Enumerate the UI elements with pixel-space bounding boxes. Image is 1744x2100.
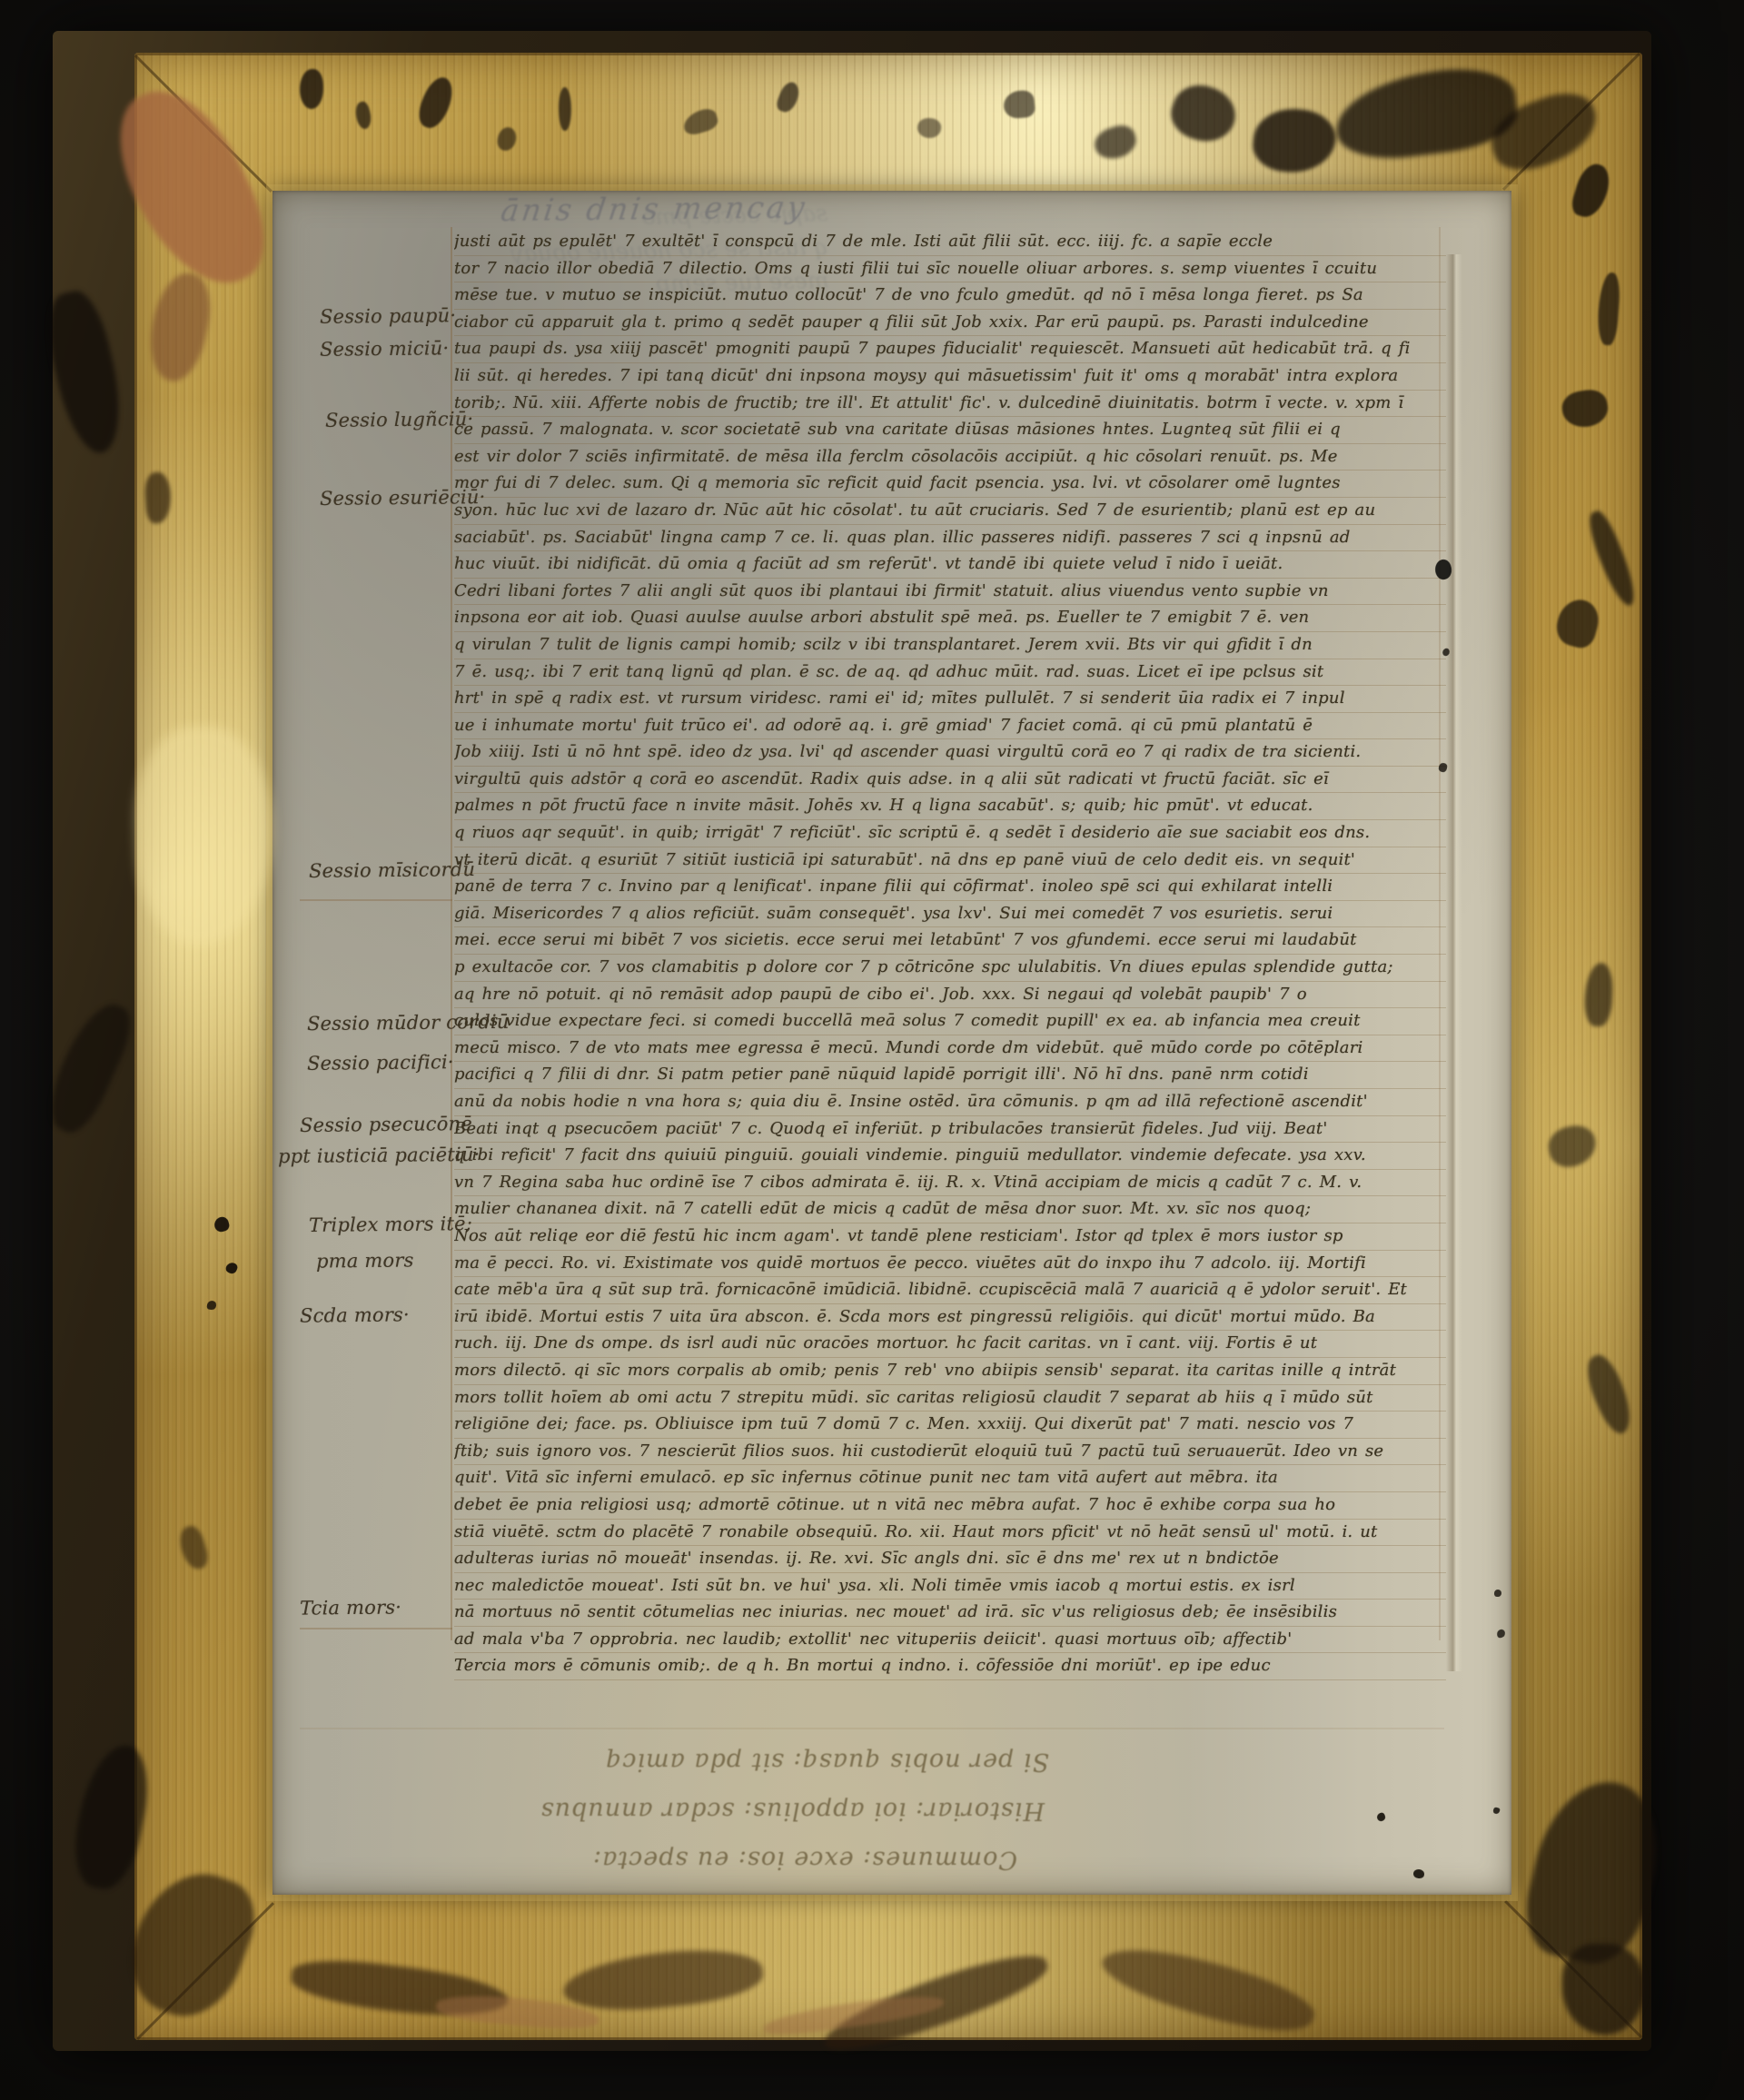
manuscript-text-line: q ibi reficit' 7 facit dns quiuiū pingui… — [454, 1143, 1446, 1170]
manuscript-text-line: mor fui di 7 delec. sum. Qi q memoria sī… — [454, 471, 1446, 498]
manuscript-text-line: quit'. Vitā sīc inferni emulacō. ep sīc … — [454, 1465, 1446, 1492]
manuscript-text-line: hrt' in spē q radix est. vt rursum virid… — [454, 686, 1446, 713]
manuscript-text-line: tua paupi ds. ysa xiiij pascēt' pmogniti… — [454, 336, 1446, 363]
manuscript-text-line: 7 ē. usq;. ibi 7 erit tanq lignū qd plan… — [454, 659, 1446, 687]
margin-note: Sessio miciū· — [320, 337, 450, 360]
margin-note: Tcia mors· — [300, 1596, 401, 1619]
manuscript-text-line: ue i inhumate mortu' fuit trūco ei'. ad … — [454, 713, 1446, 740]
ruling-line-left — [451, 227, 452, 1640]
manuscript-text-line: irū ibidē. Mortui estis 7 uita ūra absco… — [454, 1304, 1446, 1332]
inverted-inscription-line: Si per nobis quasq: sit pda amicq — [413, 1737, 1049, 1786]
parchment-fold — [1446, 254, 1462, 1671]
manuscript-text-line: Tercia mors ē cōmunis omib;. de q h. Bn … — [454, 1653, 1446, 1680]
ruling-line-bottom — [300, 1728, 1444, 1729]
manuscript-text-line: anū da nobis hodie n vna hora s; quia di… — [454, 1089, 1446, 1116]
margin-note: Sessio psecucōnē — [300, 1113, 472, 1136]
manuscript-text-line: vn 7 Regina saba huc ordinē īse 7 cibos … — [454, 1170, 1446, 1197]
manuscript-text-line: virgultū quis adstōr q corā eo ascendūt.… — [454, 767, 1446, 794]
wear-spot — [1562, 1944, 1644, 2035]
manuscript-text-line: lii sūt. qi heredes. 7 ipi tanq dicūt' d… — [454, 363, 1446, 391]
manuscript-text-line: q riuos aqr sequūt'. in quib; irrigāt' 7… — [454, 820, 1446, 847]
ruling-line-margin — [300, 1628, 452, 1629]
manuscript-text-line: ma ē pecci. Ro. vi. Existimate vos quidē… — [454, 1251, 1446, 1278]
manuscript-text-line: ciabor cū apparuit gla t. primo q sedēt … — [454, 310, 1446, 337]
margin-note: ppt iusticiā paciētiū· — [278, 1144, 481, 1167]
manuscript-text-line: religiōne dei; face. ps. Obliuisce ipm t… — [454, 1412, 1446, 1439]
manuscript-text-line: pacifici q 7 filii di dnr. Si patm petie… — [454, 1062, 1446, 1089]
manuscript-text-line: giā. Misericordes 7 q alios reficiūt. su… — [454, 901, 1446, 928]
manuscript-text-line: mēse tue. v mutuo se inspiciūt. mutuo co… — [454, 282, 1446, 310]
manuscript-text-line: aq hre nō potuit. qi nō remāsit adop pau… — [454, 982, 1446, 1009]
manuscript-text-line: palmes n pōt fructū face n invite māsit.… — [454, 793, 1446, 820]
photograph-of-framed-manuscript: ānis dnis mencay sapie eccte pmoq iusti … — [0, 0, 1744, 2100]
manuscript-text-line: mulier chananea dixit. nā 7 catelli edūt… — [454, 1196, 1446, 1223]
manuscript-text-line: stiā viuētē. sctm do placētē 7 ronabile … — [454, 1520, 1446, 1547]
manuscript-text-line: tor 7 nacio illor obediā 7 dilectio. Oms… — [454, 256, 1446, 283]
manuscript-text-line: nā mortuus nō sentit cōtumelias nec iniu… — [454, 1600, 1446, 1627]
manuscript-text-line: ad mala v'ba 7 opprobria. nec laudib; ex… — [454, 1627, 1446, 1654]
margin-note: Triplex mors itē; — [309, 1213, 472, 1236]
manuscript-text-line: huc viuūt. ibi nidificāt. dū omia q faci… — [454, 551, 1446, 579]
manuscript-text-line: ftib; suis ignoro vos. 7 nescierūt filio… — [454, 1439, 1446, 1466]
manuscript-text-line: torib;. Nū. xiii. Afferte nobis de fruct… — [454, 391, 1446, 418]
inverted-pen-trials: Communes: exce ios: eu specta:Historiar:… — [413, 1737, 1049, 1884]
manuscript-text-line: vt iterū dicāt. q esuriūt 7 sitiūt iusti… — [454, 847, 1446, 875]
margin-note: Sessio mīsicordū — [309, 858, 475, 882]
manuscript-text-line: panē de terra 7 c. Invino par q lenifica… — [454, 874, 1446, 901]
manuscript-text-line: mecū misco. 7 de vto mats mee egressa ē … — [454, 1035, 1446, 1063]
manuscript-text-line: Nos aūt reliqe eor diē festū hic incm ag… — [454, 1223, 1446, 1251]
manuscript-text-line: inpsona eor ait iob. Quasi auulse auulse… — [454, 605, 1446, 632]
wear-spot — [1494, 1590, 1501, 1597]
margin-note: Sessio pacifici· — [307, 1051, 454, 1075]
manuscript-text-line: cate mēb'a ūra q sūt sup trā. fornicacōn… — [454, 1277, 1446, 1304]
wear-spot — [1413, 1869, 1425, 1879]
manuscript-text-line: q virulan 7 tulit de lignis campi homib;… — [454, 632, 1446, 659]
manuscript-text-line: syon. hūc luc xvi de lazaro dr. Nūc aūt … — [454, 498, 1446, 525]
inverted-inscription-line: Communes: exce ios: eu specta: — [413, 1835, 1017, 1884]
manuscript-text-line: mors tollit hoīem ab omi actu 7 strepitu… — [454, 1385, 1446, 1412]
manuscript-text-line: p exultacōe cor. 7 vos clamabitis p dolo… — [454, 955, 1446, 982]
manuscript-text-line: Cedri libani fortes 7 alii angli sūt quo… — [454, 579, 1446, 606]
main-text-block: justi aūt ps epulēt' 7 exultēt' ī conspc… — [454, 229, 1446, 1680]
margin-note: Sessio paupū· — [320, 304, 456, 328]
margin-note: pma mors — [316, 1249, 414, 1272]
manuscript-text-line: Beati inqt q psecucōem paciūt' 7 c. Quod… — [454, 1116, 1446, 1144]
manuscript-text-line: ce passū. 7 malognata. v. scor societatē… — [454, 417, 1446, 444]
margin-note: Sessio lugñciū· — [325, 408, 474, 431]
manuscript-text-line: saciabūt'. ps. Saciabūt' lingna camp 7 c… — [454, 525, 1446, 552]
ruling-line-margin — [300, 899, 452, 901]
manuscript-text-line: ruch. iij. Dne ds ompe. ds isrl audi nūc… — [454, 1331, 1446, 1358]
manuscript-text-line: culos vidue expectare feci. si comedi bu… — [454, 1008, 1446, 1035]
manuscript-text-line: est vir dolor 7 sciēs infirmitatē. de mē… — [454, 444, 1446, 471]
manuscript-text-line: justi aūt ps epulēt' 7 exultēt' ī conspc… — [454, 229, 1446, 256]
manuscript-text-line: adulteras iurias nō moueāt' insendas. ij… — [454, 1546, 1446, 1573]
manuscript-text-line: mors dilectō. qi sīc mors corpalis ab om… — [454, 1358, 1446, 1385]
manuscript-text-line: Job xiiij. Isti ū nō hnt spē. ideo dz ys… — [454, 739, 1446, 767]
inverted-inscription-line: Historiar: ioi appolius: scdar annubus — [413, 1786, 1045, 1835]
margin-note: Scda mors· — [300, 1303, 410, 1326]
manuscript-text-line: nec maledictōe moueat'. Isti sūt bn. ve … — [454, 1573, 1446, 1600]
manuscript-text-line: debet ēe pnia religiosi usq; admortē cōt… — [454, 1492, 1446, 1520]
manuscript-text-line: mei. ecce serui mi bibēt 7 vos sicietis.… — [454, 927, 1446, 955]
